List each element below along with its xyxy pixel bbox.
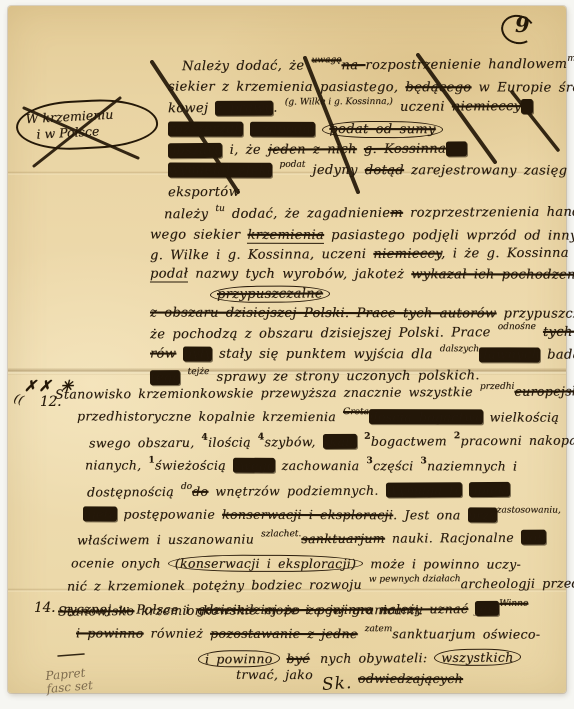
handwriting-segment: kowej xyxy=(168,101,215,116)
handwriting-segment: i powinno xyxy=(76,625,144,640)
handwriting-segment xyxy=(358,626,365,641)
handwriting-segment: stały się punktem wyjścia dla xyxy=(212,347,440,363)
handwriting-segment: odnośne xyxy=(498,321,536,331)
handwriting-segment: właściwem i uszanowaniu xyxy=(77,532,261,548)
handwriting-segment: nazwy tych wyrobów, jakoteż xyxy=(188,266,411,282)
handwriting-segment: badań xyxy=(540,348,574,363)
handwriting-segment: niemieccy xyxy=(452,99,522,114)
handwriting-segment: odwiedzających xyxy=(358,671,463,686)
section-number-14: 14. xyxy=(34,600,55,616)
handwriting-line: z obszaru dzisiejszej Polski. Prace tych… xyxy=(150,303,566,324)
handwriting-line: g. Wilke i g. Kossinna, uczeni niemieccy… xyxy=(150,244,566,266)
handwriting-segment: niemieccy xyxy=(373,247,441,262)
handwriting-segment: ujęte xyxy=(83,506,117,521)
handwriting-line: ujęte postępowanie konserwacji i eksplor… xyxy=(83,503,567,529)
handwriting-segment: obszaru xyxy=(168,143,223,158)
handwriting-segment: wego siekier xyxy=(150,227,247,242)
handwriting-segment: dawnych xyxy=(479,347,540,362)
handwriting-segment: 3 xyxy=(366,456,373,466)
handwriting-segment: rozszerzali xyxy=(168,121,243,136)
handwriting-segment: wnętrzów podziemnych. xyxy=(208,482,385,498)
handwriting-segment xyxy=(536,324,543,339)
handwriting-segment: trwać, jako xyxy=(236,667,313,682)
handwriting-segment: 3 xyxy=(420,456,427,466)
handwriting-line: rów były stały się punktem wyjścia dla d… xyxy=(150,345,566,368)
handwriting-segment: Należy dodać, że xyxy=(182,58,312,74)
handwriting-segment: wszystkich xyxy=(434,649,520,667)
handwriting-segment: (konserwacji i eksploracji) xyxy=(168,554,364,572)
handwriting-line: Stanowisko krzemionkowskie przewyższa zn… xyxy=(55,380,567,408)
handwriting-segment: może i powinno uczy- xyxy=(363,556,521,571)
paragraph-2: należy tu dodać, że zagadnieniem rozprze… xyxy=(150,204,566,388)
handwriting-segment: pasiastego podjęli wprzód od innych xyxy=(324,228,574,244)
handwriting-line: właściwem i uszanowaniu szlachet.sanktua… xyxy=(77,527,567,554)
handwriting-segment: że pochodzą z obszaru dzisiejszej Polski… xyxy=(150,325,498,342)
handwriting-segment: 2 xyxy=(364,432,371,442)
handwriting-segment: szlachet. xyxy=(261,530,301,540)
handwriting-segment: i xyxy=(521,99,533,114)
handwriting-segment: do xyxy=(192,483,208,498)
handwriting-segment: jeden z nich xyxy=(268,142,357,158)
handwriting-segment: poł- xyxy=(521,530,546,545)
handwriting-line: przypuszczalne xyxy=(210,283,566,305)
handwriting-segment: 2 xyxy=(454,431,461,441)
handwriting-segment: swego xyxy=(233,458,275,473)
handwriting-segment: 4 xyxy=(201,433,208,443)
handwriting-line: wego siekier krzemienia pasiastego podję… xyxy=(150,225,566,246)
handwriting-segment: skalą xyxy=(323,434,358,449)
handwriting-line: rozszerzali i zapodał podat od sumy xyxy=(168,119,568,141)
handwriting-segment: zastosowaniu, xyxy=(497,505,561,515)
handwriting-line: dostępnością dodo wnętrzów podziemnych. … xyxy=(87,478,567,505)
handwriting-segment: przypuszczał, xyxy=(496,306,574,321)
handwriting-segment: (g. Wilke i g. Kossinna,) xyxy=(285,97,393,108)
handwriting-segment: krzemionkowskie xyxy=(134,602,263,618)
handwriting-segment: rów xyxy=(150,347,176,362)
paragraph-3: Stanowisko krzemionkowskie przewyższa zn… xyxy=(55,382,567,620)
handwriting-line: podał nazwy tych wyrobów, jakoteż wykaza… xyxy=(150,264,566,285)
handwriting-line: przedhistoryczne kopalnie krzemienia Gro… xyxy=(77,406,567,432)
handwriting-segment: sanktuarjum xyxy=(301,531,385,547)
handwriting-line: że pochodzą z obszaru dzisiejszej Polski… xyxy=(150,322,566,346)
handwriting-segment: sanktuarjum oświeco- xyxy=(392,626,540,641)
handwriting-segment: nauki. Racjonalne xyxy=(385,530,521,546)
handwriting-segment: przedhistoryczne kopalnie krzemienia xyxy=(77,409,343,425)
handwriting-segment: podat od sumy xyxy=(322,120,442,137)
handwriting-segment: zachowania xyxy=(275,458,367,473)
handwriting-line: eksportów xyxy=(168,181,568,204)
handwriting-segment: części xyxy=(373,458,420,473)
handwriting-segment: zatem xyxy=(365,624,393,634)
handwriting-segment: podat xyxy=(279,159,305,169)
handwriting-segment: może i powinno xyxy=(264,602,373,618)
handwriting-line: ocenie onych (konserwacji i eksploracji)… xyxy=(71,552,567,575)
handwriting-segment: na xyxy=(341,58,365,73)
handwriting-segment: . xyxy=(273,101,285,116)
handwriting-segment: jedyny xyxy=(305,162,364,177)
handwriting-segment: i powinno xyxy=(198,650,280,667)
handwriting-segment: swego obszaru, xyxy=(89,435,202,451)
handwriting-segment xyxy=(357,142,364,157)
handwriting-line: obszaru i, że jeden z nich g. Kossinna — xyxy=(168,139,568,162)
handwriting-segment: dodać, że zagadnienie xyxy=(225,206,391,222)
handwriting-segment: Stanowisko krzemionkowskie przewyższa zn… xyxy=(55,384,480,402)
handwriting-segment: przy xyxy=(468,507,497,522)
handwriting-segment: Winno xyxy=(499,599,528,609)
handwriting-line: i powinno być xyxy=(198,651,358,668)
handwriting-segment: w pewnych działach xyxy=(369,574,461,585)
handwriting-segment: należy uznać xyxy=(380,601,469,617)
handwriting-segment: bogactwem xyxy=(371,433,454,449)
handwriting-segment: tejże xyxy=(187,367,209,377)
handwriting-segment: eksportów xyxy=(168,185,240,200)
handwriting-segment: dotąd xyxy=(365,162,404,177)
handwriting-line: nianych, 1świeżością swego zachowania 3c… xyxy=(85,455,567,481)
handwriting-segment: rozpostrzenienie handlowem xyxy=(365,57,567,73)
handwriting-segment: nić z krzemionek potężny bodziec rozwoju xyxy=(67,577,369,594)
handwriting-segment: zarejestrowany zasięg xyxy=(404,163,567,178)
handwriting-segment: wymienił efekt xyxy=(168,162,272,177)
handwriting-segment: dalszych xyxy=(440,344,479,354)
handwriting-segment: Grota xyxy=(343,407,369,417)
handwriting-segment: siekier z krzemienia pasiastego, xyxy=(168,79,405,95)
paragraph-5: i powinno byćtrwać, jako xyxy=(198,651,358,683)
handwriting-segment: opieki xyxy=(469,482,510,497)
handwriting-segment: 4 xyxy=(258,432,265,442)
page-number: 9 xyxy=(515,12,530,37)
handwriting-segment: — xyxy=(446,141,467,156)
handwriting-segment: wykazał ich pochodzenie xyxy=(411,267,574,282)
handwriting-line: odwiedzających xyxy=(358,668,568,690)
handwriting-segment: krzemienia xyxy=(247,227,324,243)
handwriting-line: nić z krzemionek potężny bodziec rozwoju… xyxy=(67,573,567,600)
handwriting-segment: nianych, xyxy=(85,458,148,473)
handwriting-segment: Wymaga to xyxy=(386,482,463,497)
handwriting-segment: przedhi xyxy=(480,382,515,392)
handwriting-segment: archeologji przedhisto- xyxy=(461,575,574,591)
handwriting-segment: należy xyxy=(164,207,215,222)
paragraph-1: Należy dodać, że uwagęna rozpostrzenieni… xyxy=(168,56,568,203)
handwriting-line: i powinno również pozostawanie z jedne z… xyxy=(76,622,568,647)
handwriting-segment: szybów, xyxy=(264,434,322,449)
handwriting-segment: m xyxy=(567,54,574,64)
handwriting-segment: jest xyxy=(475,601,499,616)
handwriting-segment: być xyxy=(286,651,309,666)
handwriting-segment: będącego xyxy=(405,80,471,95)
handwriting-segment: i zapodał xyxy=(250,121,315,136)
handwriting-segment: konserwacji i eksploracji xyxy=(222,507,393,522)
handwriting-line: należy tu dodać, że zagadnieniem rozprze… xyxy=(164,203,566,227)
handwriting-segment: ilością xyxy=(208,434,258,449)
handwriting-line: trwać, jako xyxy=(236,667,358,683)
handwriting-segment: przypuszczalne xyxy=(210,286,330,304)
handwriting-segment: z prawu xyxy=(215,101,273,116)
handwriting-segment: , i że g. Kossinna pierwszy xyxy=(441,245,574,261)
handwriting-segment: pracowni nakopal- xyxy=(460,432,574,448)
handwriting-segment: były xyxy=(183,347,212,362)
handwriting-segment: pozostawanie z jedne xyxy=(210,626,358,641)
handwriting-segment: świeżością xyxy=(155,458,233,473)
handwriting-segment: ocenie onych xyxy=(71,555,168,570)
handwriting-line: Stanowisko krzemionkowskie może i powinn… xyxy=(58,597,568,624)
handwriting-segment: europejskie xyxy=(514,383,574,398)
handwriting-segment: m xyxy=(390,206,403,221)
page-number-mark: 9 xyxy=(499,9,541,47)
handwriting-segment: podał xyxy=(150,266,188,282)
scanned-manuscript-page: 9 W krzemieniu i w Polsce ✗✗ ✳ (( 12. 14… xyxy=(0,0,574,709)
handwriting-segment: g. Wilke i g. Kossinna, uczeni xyxy=(150,247,373,263)
handwriting-line: wymienił efekt podat jedyny dotąd zareje… xyxy=(168,160,568,183)
handwriting-segment: do xyxy=(181,481,192,491)
handwriting-segment: wielkością xyxy=(483,410,560,425)
handwriting-segment: uczeni xyxy=(393,99,452,114)
handwriting-segment: rozprzestrzenienia handlo- xyxy=(403,205,574,221)
handwriting-segment: dostępnością xyxy=(87,484,181,500)
handwriting-segment: 1 xyxy=(148,456,155,466)
handwriting-segment: postępowanie xyxy=(116,506,222,521)
handwriting-segment: naziemnych i xyxy=(427,458,517,473)
handwriting-segment: uwagę xyxy=(311,55,341,65)
handwriting-line: swego obszaru, 4ilością 4szybów, skalą 2… xyxy=(89,429,567,456)
handwriting-segment: Stanowisko xyxy=(58,603,134,618)
handwriting-segment: tych auto- xyxy=(543,324,574,339)
handwriting-segment: i, że xyxy=(222,143,268,158)
handwriting-segment: ilością bogactwa xyxy=(369,410,483,425)
handwriting-segment: w Europie środ- xyxy=(471,80,574,95)
handwriting-line: siekier z krzemienia pasiastego, będąceg… xyxy=(168,77,568,99)
handwriting-segment: również xyxy=(144,626,211,641)
handwriting-line: kowej z prawu. (g. Wilke i g. Kossinna,)… xyxy=(168,97,568,121)
handwriting-segment: tu xyxy=(215,204,224,214)
handwriting-segment: g. Kossinna xyxy=(364,142,446,158)
handwriting-segment: z obszaru dzisiejszej Polski. Prace tych… xyxy=(150,305,497,321)
handwriting-line: Należy dodać, że uwagęna rozpostrzenieni… xyxy=(182,55,568,79)
handwriting-segment: . Jest ona xyxy=(393,507,467,522)
